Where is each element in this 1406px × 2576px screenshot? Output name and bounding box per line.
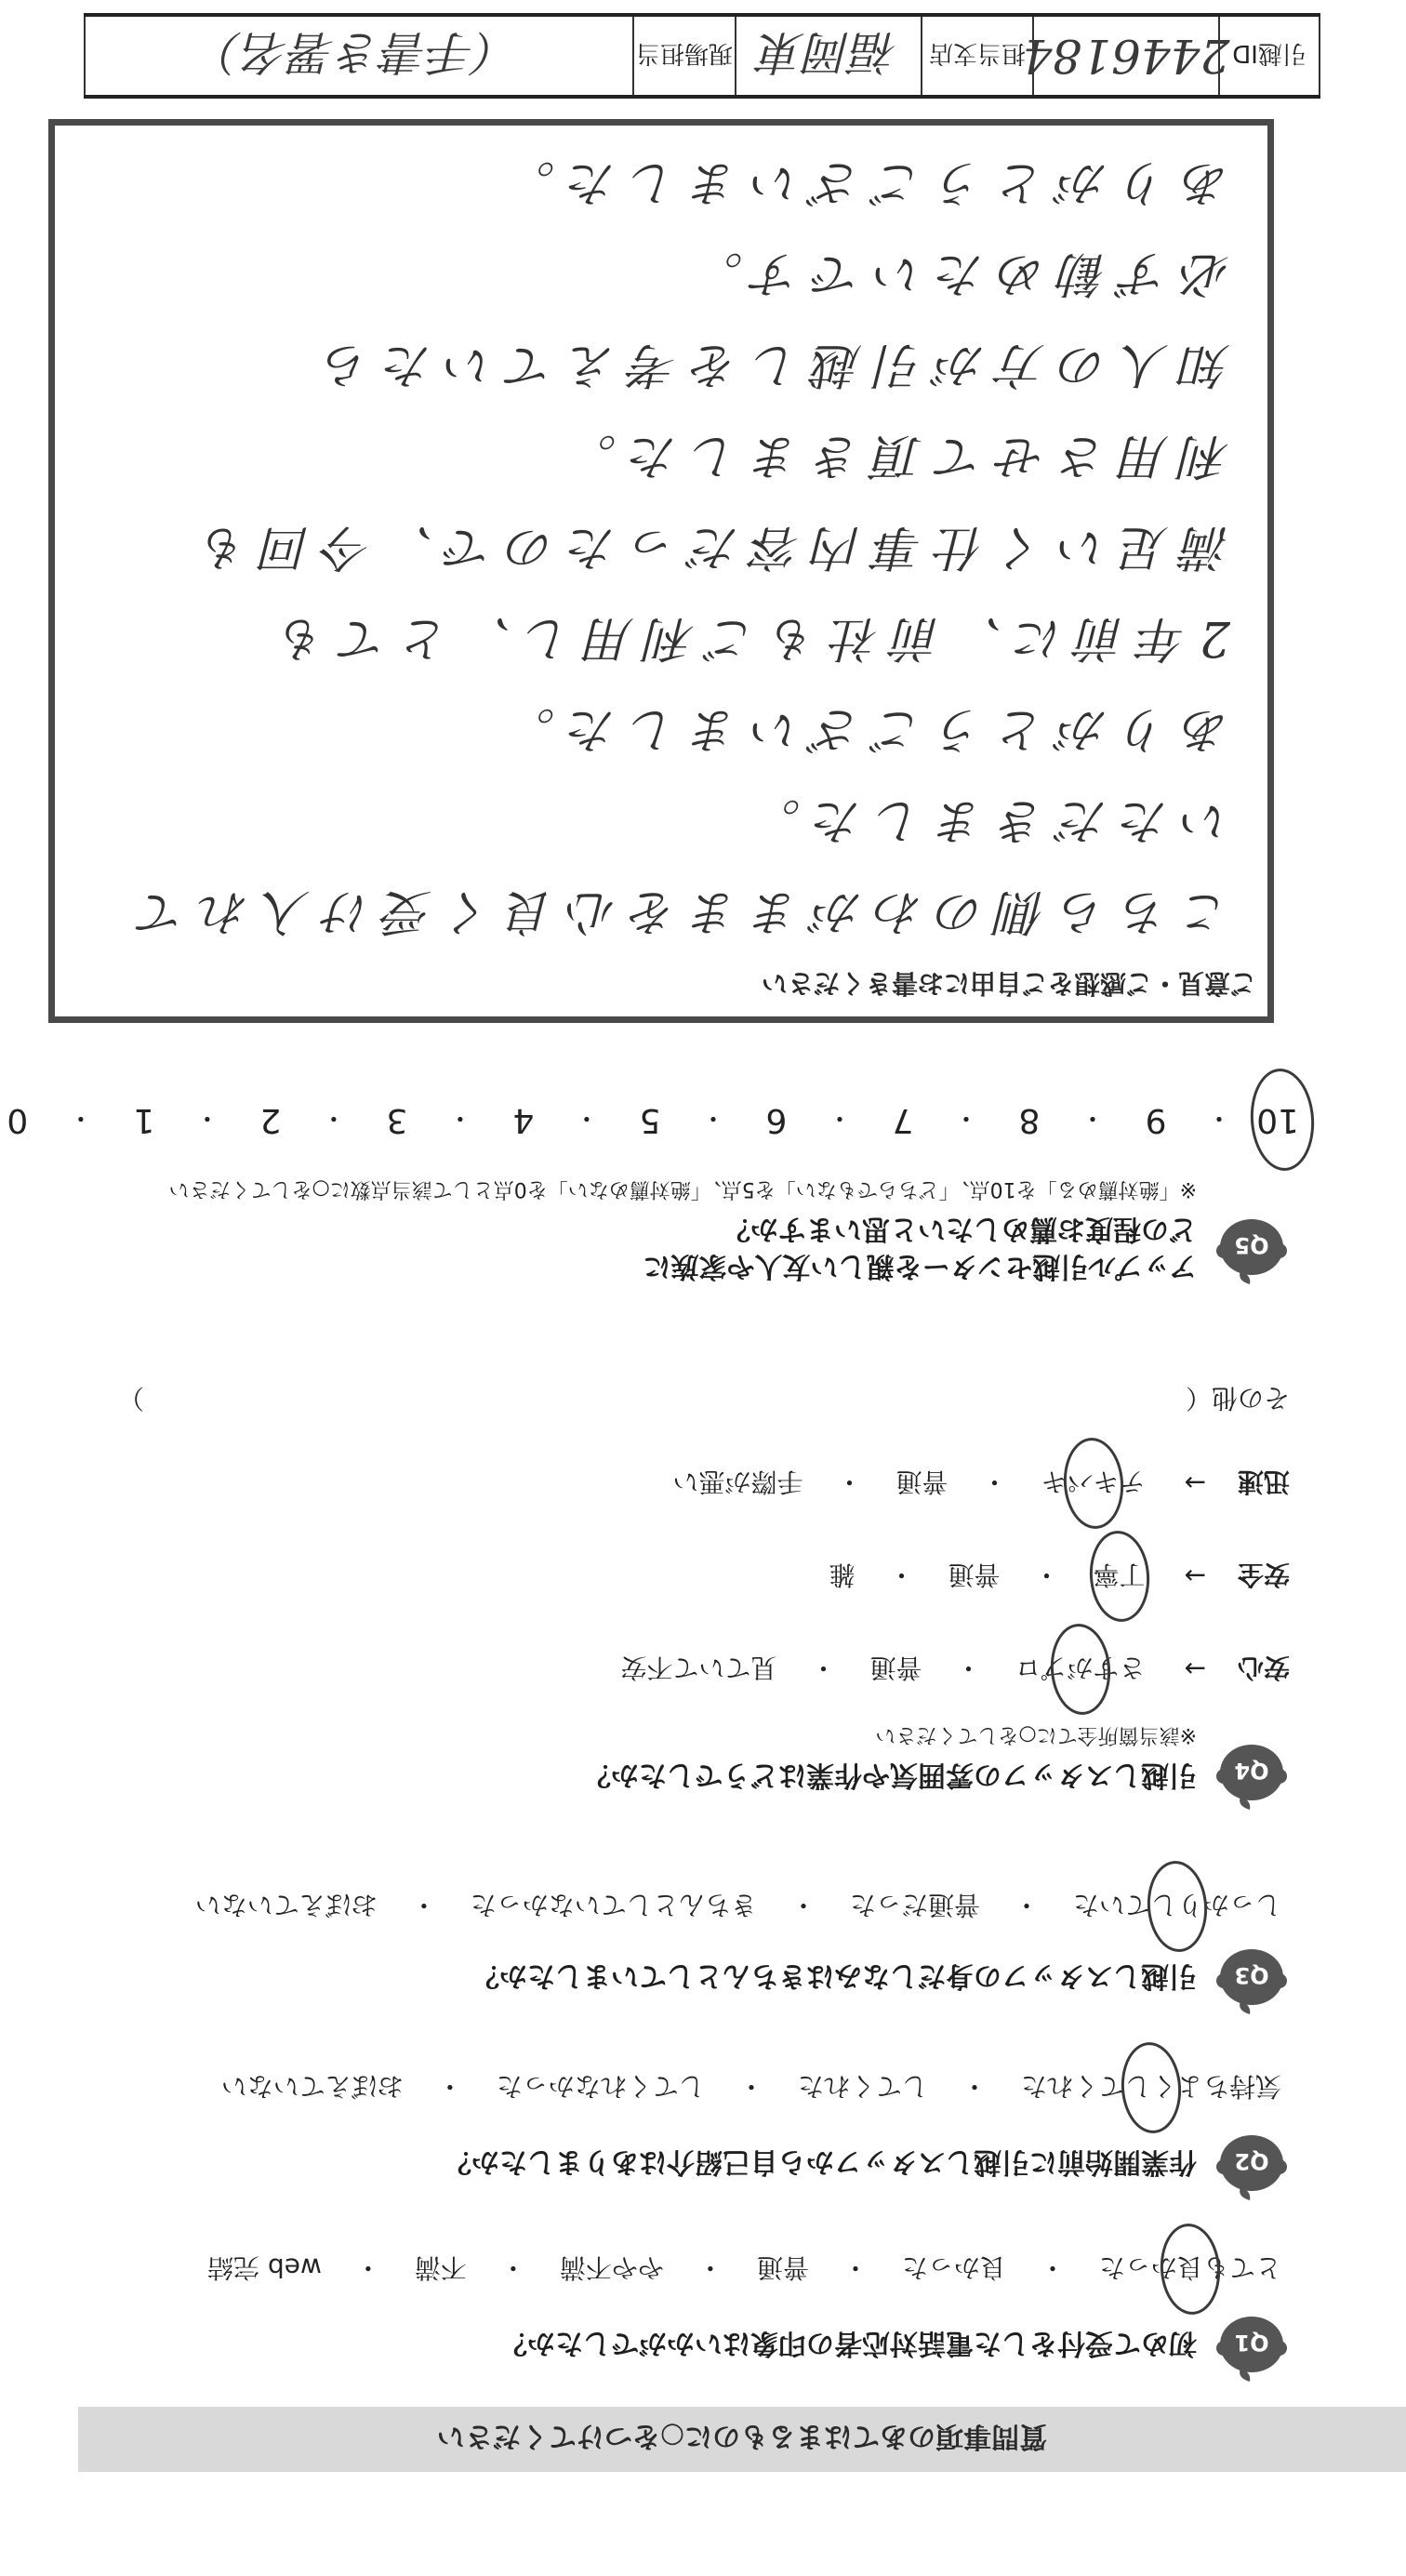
- q4-note: ※該当箇所全てに○をしてください: [875, 1723, 1197, 1746]
- q4-row-anzen: 安全 → 丁寧・ 普通・ 雑: [825, 1558, 1290, 1595]
- staff-value[interactable]: （手書き署名）: [84, 17, 632, 95]
- q4-heading: 引越しスタッフの雰囲気や作業はどうでしたか？: [583, 1759, 1197, 1791]
- q3-option-3[interactable]: きちんとしていなかった: [467, 1888, 761, 1925]
- question-text: 初めて受付をした電話対応者の印象はいかがでしたか？: [499, 2324, 1197, 2361]
- move-id-value[interactable]: 2446184: [1032, 17, 1218, 95]
- q3-option-2[interactable]: 普通だった: [846, 1888, 984, 1925]
- svg-text:Q4: Q4: [1234, 1758, 1268, 1784]
- arrow-right-icon: →: [1185, 1654, 1206, 1685]
- comment-line: ありがとうございました。: [494, 153, 1230, 222]
- comment-box[interactable]: ご意見・ご感想をご自由にお書きください こちら側のわがままを心良く受け入れて い…: [48, 119, 1274, 1023]
- row-label: 安全: [1225, 1558, 1290, 1595]
- comment-line: 必ず勧めたいです。: [682, 244, 1230, 313]
- score-8[interactable]: 8: [1013, 1101, 1046, 1139]
- score-5[interactable]: 5: [633, 1101, 667, 1139]
- q2-option-1[interactable]: 気持ちよくしてくれた: [1017, 2069, 1285, 2106]
- q4-other-field[interactable]: その他（ ）: [118, 1381, 1290, 1418]
- q2-option-4[interactable]: おぼえていない: [218, 2069, 407, 2106]
- q3-option-1[interactable]: しっかりしていた: [1069, 1888, 1285, 1925]
- branch-label: 担当支店: [921, 17, 1032, 95]
- apple-q-badge-icon: Q1: [1209, 2300, 1294, 2385]
- comment-line: いただきました。: [739, 790, 1230, 860]
- question-text: 引越しスタッフの雰囲気や作業はどうでしたか？ ※該当箇所全てに○をしてください: [583, 1719, 1197, 1793]
- arrow-right-icon: →: [1185, 1561, 1206, 1592]
- question-text: 引越しスタッフの身だしなみはきちんとしていましたか？: [471, 1957, 1197, 1994]
- q4-anshin-option-1[interactable]: さすがプロ: [1012, 1651, 1149, 1688]
- row-label: 安心: [1225, 1651, 1290, 1688]
- instructions-banner: 質問事項のあてはまるものに○をつけてください: [78, 2407, 1406, 2472]
- arrow-right-icon: →: [1185, 1468, 1206, 1499]
- svg-text:Q1: Q1: [1234, 2330, 1268, 2356]
- q4-jinsoku-option-3[interactable]: 手際が悪い: [669, 1465, 806, 1502]
- question-text: 作業開始前に引越しスタッフから自己紹介はありましたか？: [444, 2143, 1197, 2180]
- question-text: アップル引越センターを親しい友人や家族に どの程度お薦めしたいと思いますか？ ※…: [169, 1173, 1197, 1284]
- q4-anzen-option-2[interactable]: 普通: [944, 1558, 1003, 1595]
- comment-line: 満足いく仕事内容だったので、今回も: [188, 517, 1230, 587]
- q5-note: ※「絶対薦める」を10点、「どちらでもない」を5点、「絶対薦めない」を0点として…: [169, 1177, 1197, 1201]
- q3-option-4[interactable]: おぼえていない: [192, 1888, 381, 1925]
- staff-label: 現場担当: [632, 17, 735, 95]
- q4-anshin-option-2[interactable]: 普通: [866, 1651, 925, 1688]
- q1-option-3[interactable]: 普通: [753, 2251, 813, 2288]
- apple-q-badge-icon: Q4: [1209, 1728, 1294, 1813]
- score-3[interactable]: 3: [380, 1101, 414, 1139]
- svg-text:Q2: Q2: [1234, 2148, 1268, 2174]
- banner-text: 質問事項のあてはまるものに○をつけてください: [437, 2419, 1047, 2460]
- score-9[interactable]: 9: [1139, 1101, 1173, 1139]
- q1-option-2[interactable]: 良かった: [898, 2251, 1010, 2288]
- apple-q-badge-icon: Q5: [1209, 1202, 1294, 1288]
- q4-anshin-option-3[interactable]: 見ていて不安: [617, 1651, 780, 1688]
- q1-options: とても良かった・ 良かった・ 普通・ やや不満・ 不満・ web 完結: [204, 2251, 1285, 2288]
- comment-title: ご意見・ご感想をご自由にお書きください: [762, 966, 1256, 1003]
- q2-option-2[interactable]: してくれた: [794, 2069, 932, 2106]
- score-7[interactable]: 7: [886, 1101, 920, 1139]
- q2-option-3[interactable]: してくれなかった: [493, 2069, 709, 2106]
- apple-q-badge-icon: Q2: [1209, 2118, 1294, 2204]
- score-1[interactable]: 1: [127, 1101, 161, 1139]
- q4-row-anshin: 安心 → さすがプロ・ 普通・ 見ていて不安: [617, 1651, 1290, 1688]
- score-0[interactable]: 0: [1, 1101, 34, 1139]
- q4-jinsoku-option-1[interactable]: テキパキ: [1038, 1465, 1149, 1502]
- comment-line: こちら側のわがままを心良く受け入れて: [126, 882, 1230, 951]
- survey-form-page: 質問事項のあてはまるものに○をつけてください Q1 初めて受付をした電話対応者の…: [0, 0, 1406, 2576]
- recommendation-scale: 10・ 9・ 8・ 7・ 6・ 5・ 4・ 3・ 2・ 1・ 0: [1, 1101, 1299, 1139]
- comment-line: 利用させて頂きました。: [555, 426, 1230, 496]
- q3-options: しっかりしていた・ 普通だった・ きちんとしていなかった・ おぼえていない: [192, 1888, 1285, 1925]
- q4-anzen-option-1[interactable]: 丁寧: [1090, 1558, 1149, 1595]
- svg-text:Q3: Q3: [1234, 1962, 1268, 1988]
- q4-jinsoku-option-2[interactable]: 普通: [892, 1465, 951, 1502]
- score-4[interactable]: 4: [507, 1101, 540, 1139]
- branch-value[interactable]: 福岡東: [735, 17, 921, 95]
- move-id-label: 引越ID: [1218, 17, 1320, 95]
- q5-line1: アップル引越センターを親しい友人や家族に: [643, 1250, 1198, 1282]
- q4-anzen-option-3[interactable]: 雑: [825, 1558, 858, 1595]
- other-label: その他（: [1186, 1381, 1290, 1418]
- q1-option-1[interactable]: とても良かった: [1095, 2251, 1285, 2288]
- q1-option-6[interactable]: web 完結: [204, 2251, 325, 2288]
- q5-line2: どの程度お薦めしたいと思いますか？: [723, 1213, 1197, 1245]
- comment-line: 2年前に、前社もご利用し、とても: [266, 608, 1230, 678]
- score-10[interactable]: 10: [1266, 1101, 1299, 1139]
- form-header-table: 引越ID 2446184 担当支店 福岡東 現場担当 （手書き署名）: [84, 13, 1320, 99]
- other-close: ）: [118, 1381, 144, 1418]
- score-6[interactable]: 6: [760, 1101, 793, 1139]
- comment-line: ありがとうございました。: [494, 699, 1230, 769]
- comment-line: 知人の方が引越しを考えていたら: [310, 335, 1230, 405]
- q4-row-jinsoku: 迅速 → テキパキ・ 普通・ 手際が悪い: [669, 1465, 1290, 1502]
- row-label: 迅速: [1225, 1465, 1290, 1502]
- q2-options: 気持ちよくしてくれた・ してくれた・ してくれなかった・ おぼえていない: [218, 2069, 1285, 2106]
- score-2[interactable]: 2: [254, 1101, 287, 1139]
- apple-q-badge-icon: Q3: [1209, 1932, 1294, 2018]
- q1-option-5[interactable]: 不満: [411, 2251, 471, 2288]
- svg-text:Q5: Q5: [1234, 1232, 1268, 1258]
- q1-option-4[interactable]: やや不満: [556, 2251, 668, 2288]
